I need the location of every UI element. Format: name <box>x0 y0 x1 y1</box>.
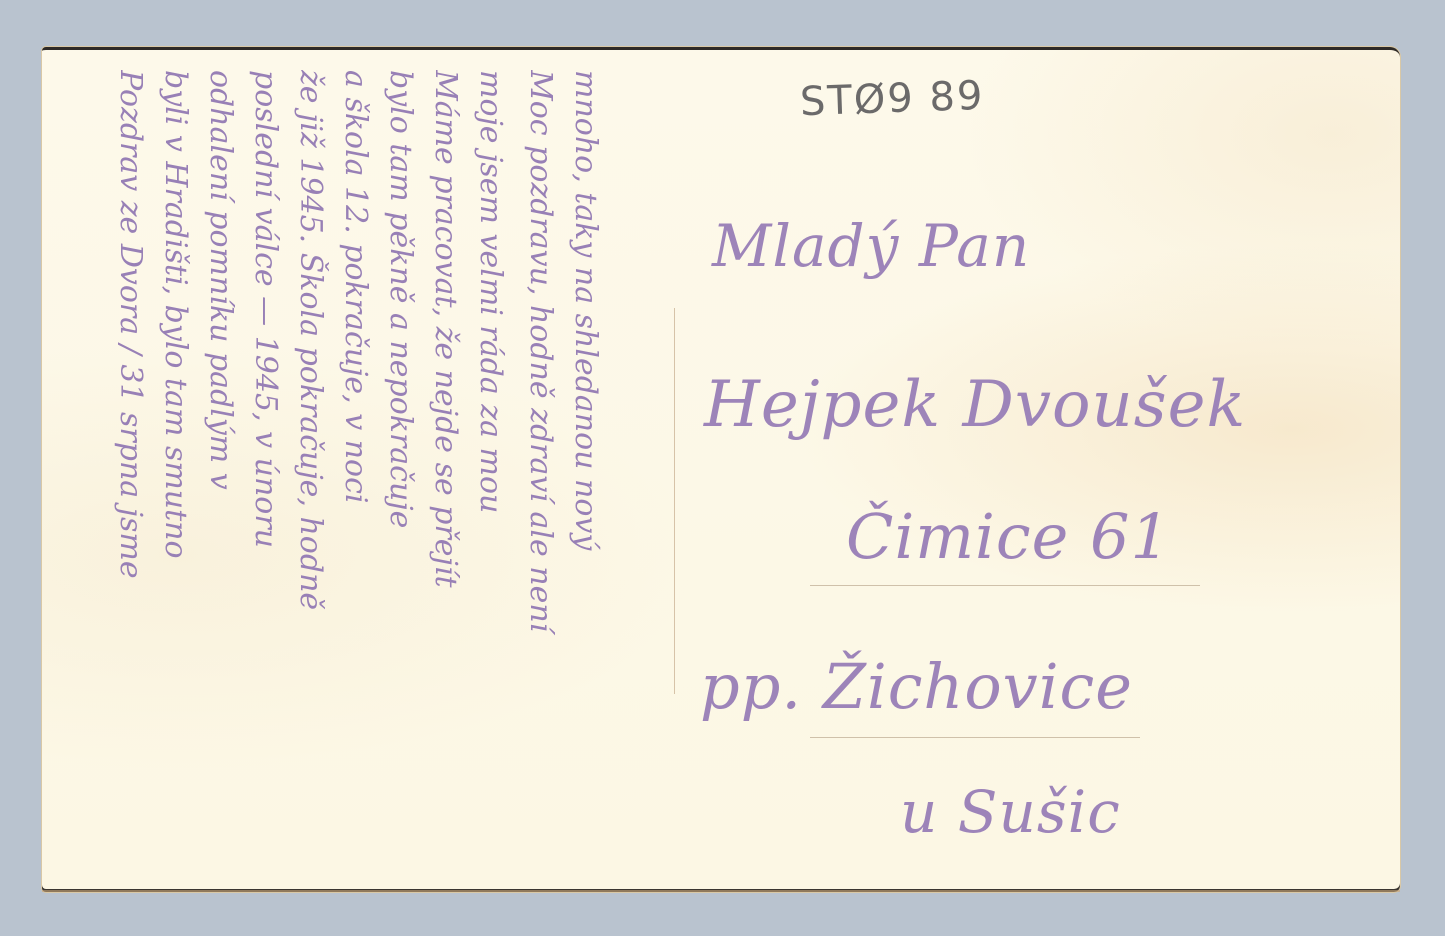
message-line: že již 1945. Škola pokračuje, hodně <box>290 70 330 610</box>
card-edge <box>42 890 1400 892</box>
address-line <box>810 737 1140 738</box>
message-line: poslední válce — 1945, v únoru <box>245 70 285 548</box>
message-address-divider <box>674 308 675 694</box>
message-line: odhalení pomníku padlým v <box>200 70 240 490</box>
message-line: byli v Hradišti, bylo tam smutno <box>155 70 195 559</box>
address-salutation: Mladý Pan <box>712 212 1030 280</box>
address-region: u Sušic <box>900 778 1121 846</box>
message-line: a škola 12. pokračuje, v noci <box>335 70 375 504</box>
message-line: moje jsem velmi ráda za mou <box>470 70 510 513</box>
address-street: Čimice 61 <box>846 500 1171 573</box>
handwritten-message: Pozdrav ze Dvora / 31 srpna jsme byli v … <box>60 70 620 880</box>
message-line: mnoho, taky na shledanou nový <box>565 70 605 550</box>
message-line: Pozdrav ze Dvora / 31 srpna jsme <box>110 70 150 579</box>
message-line: Máme pracovat, že nejde se přejít <box>425 70 465 588</box>
message-line: Moc pozdravu, hodně zdraví ale není <box>520 70 560 632</box>
message-line: bylo tam pěkně a nepokračuje <box>380 70 420 528</box>
address-post-office: pp. Žichovice <box>700 650 1133 723</box>
address-name: Hejpek Dvoušek <box>704 368 1246 442</box>
address-line <box>810 585 1200 586</box>
catalog-number: STØ9 89 <box>799 73 985 125</box>
